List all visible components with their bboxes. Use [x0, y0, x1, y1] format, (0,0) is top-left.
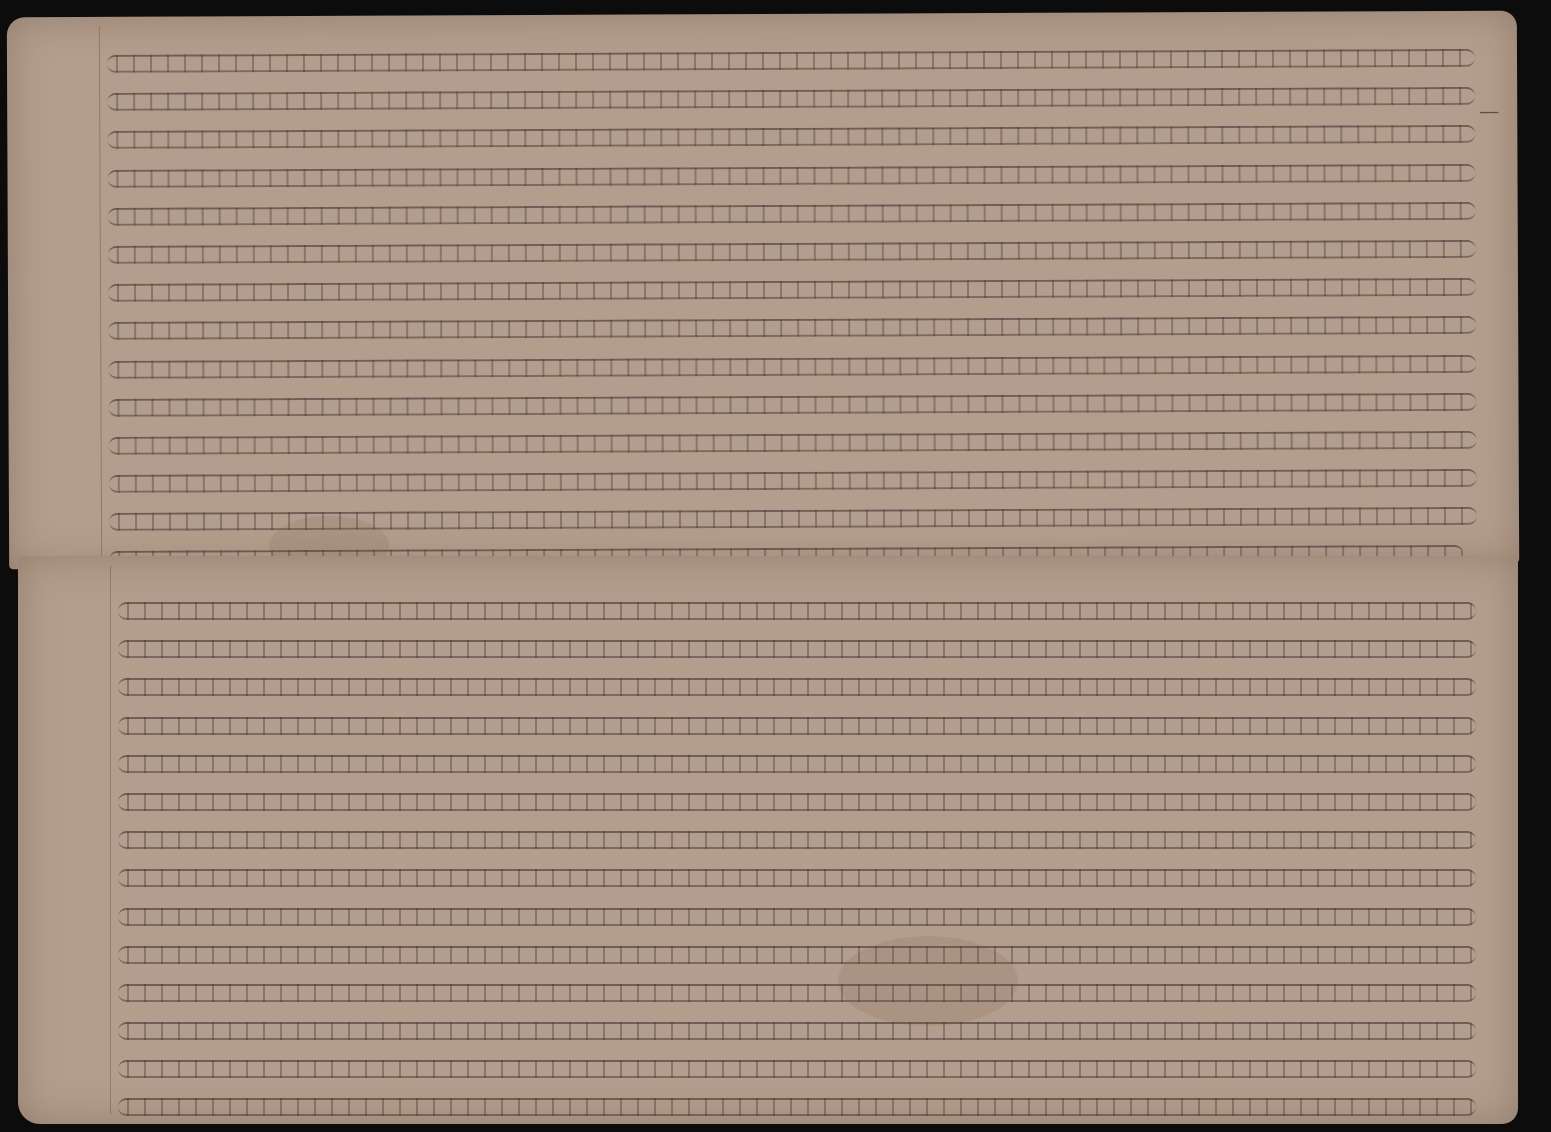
manuscript-line: [109, 419, 1491, 463]
manuscript-line: [118, 934, 1490, 972]
manuscript-line: [118, 972, 1490, 1010]
handwritten-text: [107, 163, 1475, 187]
handwritten-text: [118, 1060, 1476, 1078]
manuscript-line: [118, 1048, 1490, 1086]
manuscript-line: [108, 304, 1490, 348]
left-margin-rule: [110, 566, 111, 1114]
handwritten-text: [107, 49, 1475, 73]
handwritten-text: [118, 984, 1476, 1002]
manuscript-line: [107, 113, 1489, 157]
handwritten-text: [118, 678, 1476, 696]
manuscript-line: [118, 705, 1490, 743]
manuscript-line: [108, 266, 1490, 310]
handwritten-text: [118, 717, 1476, 735]
manuscript-line: [118, 1010, 1490, 1048]
handwritten-text: [118, 908, 1476, 926]
manuscript-line: [118, 819, 1490, 857]
handwritten-text: [118, 793, 1476, 811]
handwritten-text: [118, 946, 1476, 964]
manuscript-line: [118, 781, 1490, 819]
handwritten-text: [118, 640, 1476, 658]
handwritten-text: [108, 202, 1476, 226]
manuscript-line: [118, 896, 1490, 934]
handwritten-text: [118, 602, 1476, 620]
handwritten-text: [107, 125, 1475, 149]
handwritten-text: [108, 240, 1476, 264]
manuscript-line: [108, 228, 1490, 272]
manuscript-line: [108, 190, 1490, 234]
lower-fold: [18, 556, 1518, 1124]
upper-text-block: [107, 37, 1491, 578]
handwritten-text: [108, 316, 1476, 340]
handwritten-text: [108, 393, 1476, 417]
manuscript-line: [108, 381, 1490, 425]
manuscript-line: [107, 151, 1489, 195]
manuscript-line: [118, 1086, 1490, 1124]
handwritten-text: [109, 431, 1477, 455]
handwritten-text: [107, 87, 1475, 111]
manuscript-line: [118, 743, 1490, 781]
lower-text-block: [118, 590, 1490, 1125]
manuscript-line: [118, 590, 1490, 628]
upper-fold: —: [7, 11, 1519, 570]
manuscript-line: [118, 666, 1490, 704]
margin-mark: —: [1479, 99, 1499, 123]
manuscript-line: [107, 75, 1489, 119]
handwritten-text: [118, 1022, 1476, 1040]
handwritten-text: [118, 1098, 1476, 1116]
manuscript-line: [108, 342, 1490, 386]
paper-stain: [838, 936, 1018, 1026]
handwritten-text: [108, 354, 1476, 378]
handwritten-text: [108, 278, 1476, 302]
manuscript-line: [118, 628, 1490, 666]
handwritten-text: [109, 469, 1477, 493]
handwritten-text: [118, 755, 1476, 773]
manuscript-line: [118, 857, 1490, 895]
handwritten-text: [118, 869, 1476, 887]
left-margin-rule: [99, 27, 102, 559]
manuscript-line: [107, 37, 1489, 81]
handwritten-text: [118, 831, 1476, 849]
manuscript-line: [109, 457, 1491, 501]
